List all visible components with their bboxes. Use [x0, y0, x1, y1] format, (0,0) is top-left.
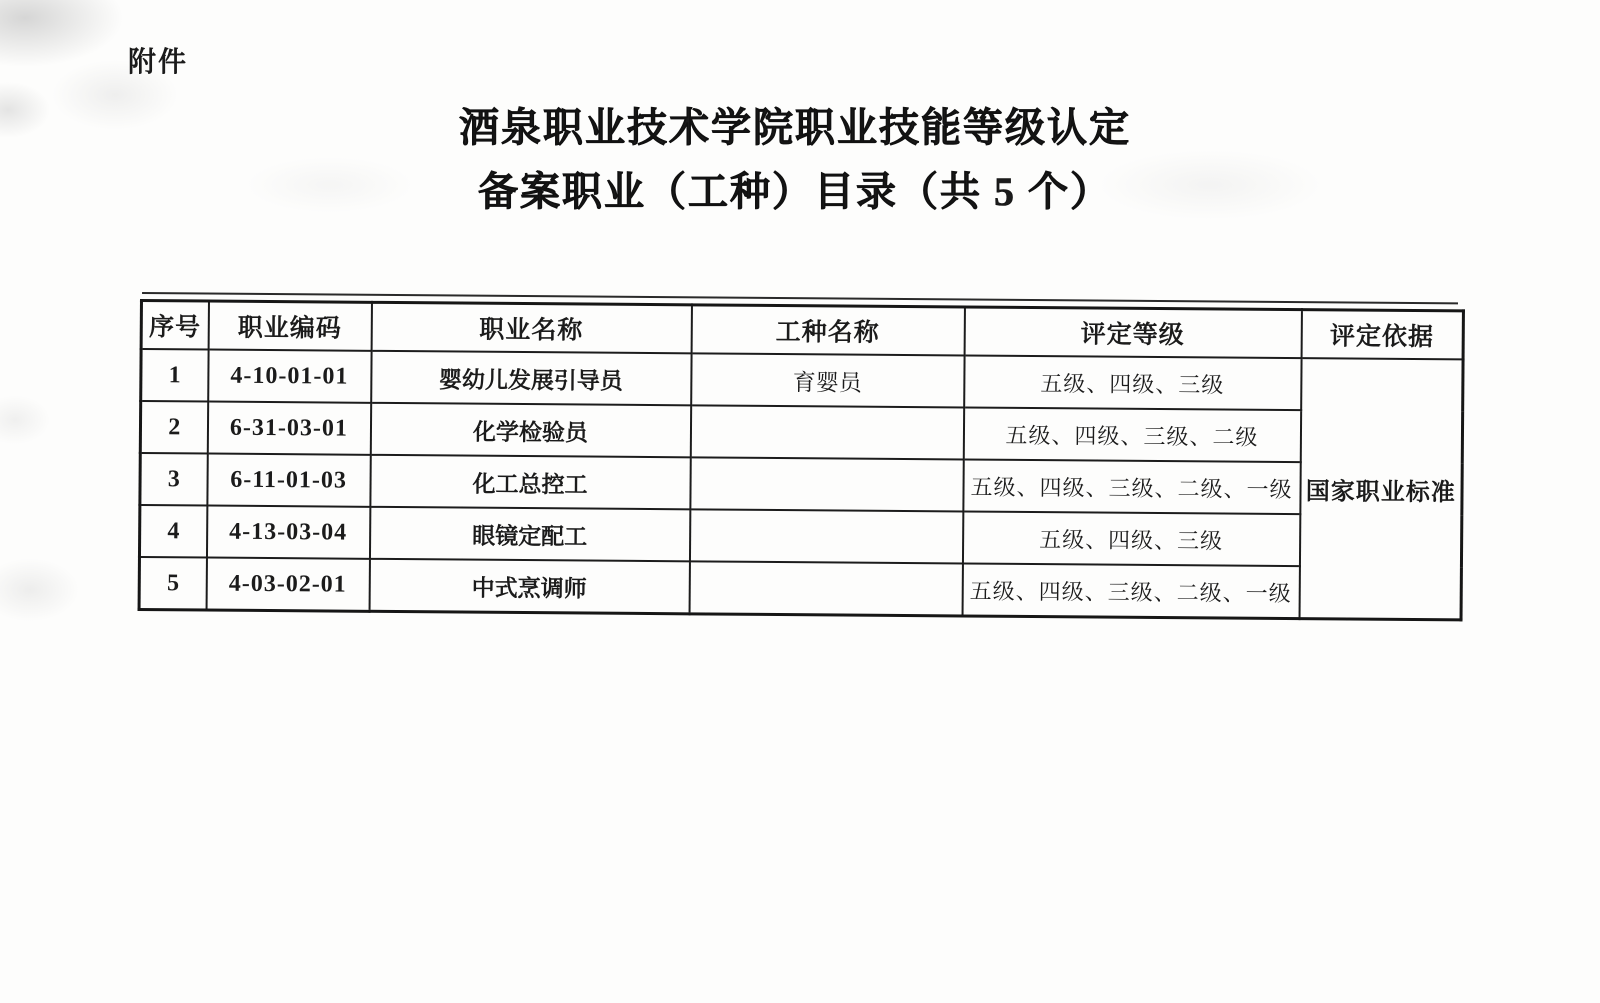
cell-levels: 五级、四级、三级、二级 [963, 407, 1300, 462]
cell-basis-merged: 国家职业标准 [1299, 358, 1463, 620]
cell-occupation: 眼镜定配工 [369, 507, 689, 562]
cell-code: 6-11-01-03 [207, 454, 370, 507]
cell-occupation: 化工总控工 [370, 455, 690, 510]
table-row: 5 4-03-02-01 中式烹调师 五级、四级、三级、二级、一级 [139, 557, 1461, 620]
document-title-line1: 酒泉职业技术学院职业技能等级认定 [0, 96, 1590, 160]
cell-no: 1 [141, 349, 208, 402]
cell-levels: 五级、四级、三级、二级、一级 [963, 459, 1300, 514]
cell-job-type [689, 561, 962, 616]
cell-no: 4 [139, 505, 206, 558]
cell-job-type [689, 509, 962, 563]
cell-no: 2 [140, 401, 207, 454]
document-title-line2: 备案职业（工种）目录（共 5 个） [0, 160, 1590, 224]
header-code: 职业编码 [208, 301, 371, 351]
header-no: 序号 [141, 301, 208, 350]
cell-job-type [690, 457, 963, 511]
occupation-directory-table: 序号 职业编码 职业名称 工种名称 评定等级 评定依据 1 4-10-01-01… [138, 299, 1462, 621]
header-occupation: 职业名称 [371, 302, 691, 353]
cell-levels: 五级、四级、三级 [962, 511, 1299, 566]
cell-code: 4-13-03-04 [206, 506, 369, 559]
header-levels: 评定等级 [964, 307, 1301, 358]
cell-no: 5 [139, 557, 206, 610]
cell-occupation: 婴幼儿发展引导员 [371, 351, 691, 406]
header-job-type: 工种名称 [691, 305, 964, 356]
header-basis: 评定依据 [1301, 310, 1463, 360]
cell-job-type [690, 405, 963, 459]
document-title: 酒泉职业技术学院职业技能等级认定 备案职业（工种）目录（共 5 个） [0, 96, 1590, 224]
cell-no: 3 [140, 453, 207, 506]
cell-code: 4-10-01-01 [208, 350, 371, 403]
cell-occupation: 中式烹调师 [369, 559, 689, 614]
cell-levels: 五级、四级、三级、二级、一级 [962, 563, 1299, 618]
cell-code: 6-31-03-01 [207, 402, 370, 455]
cell-occupation: 化学检验员 [370, 403, 690, 458]
cell-levels: 五级、四级、三级 [964, 355, 1301, 410]
cell-job-type: 育婴员 [691, 353, 964, 407]
cell-code: 4-03-02-01 [206, 558, 369, 612]
attachment-label: 附件 [128, 40, 188, 80]
